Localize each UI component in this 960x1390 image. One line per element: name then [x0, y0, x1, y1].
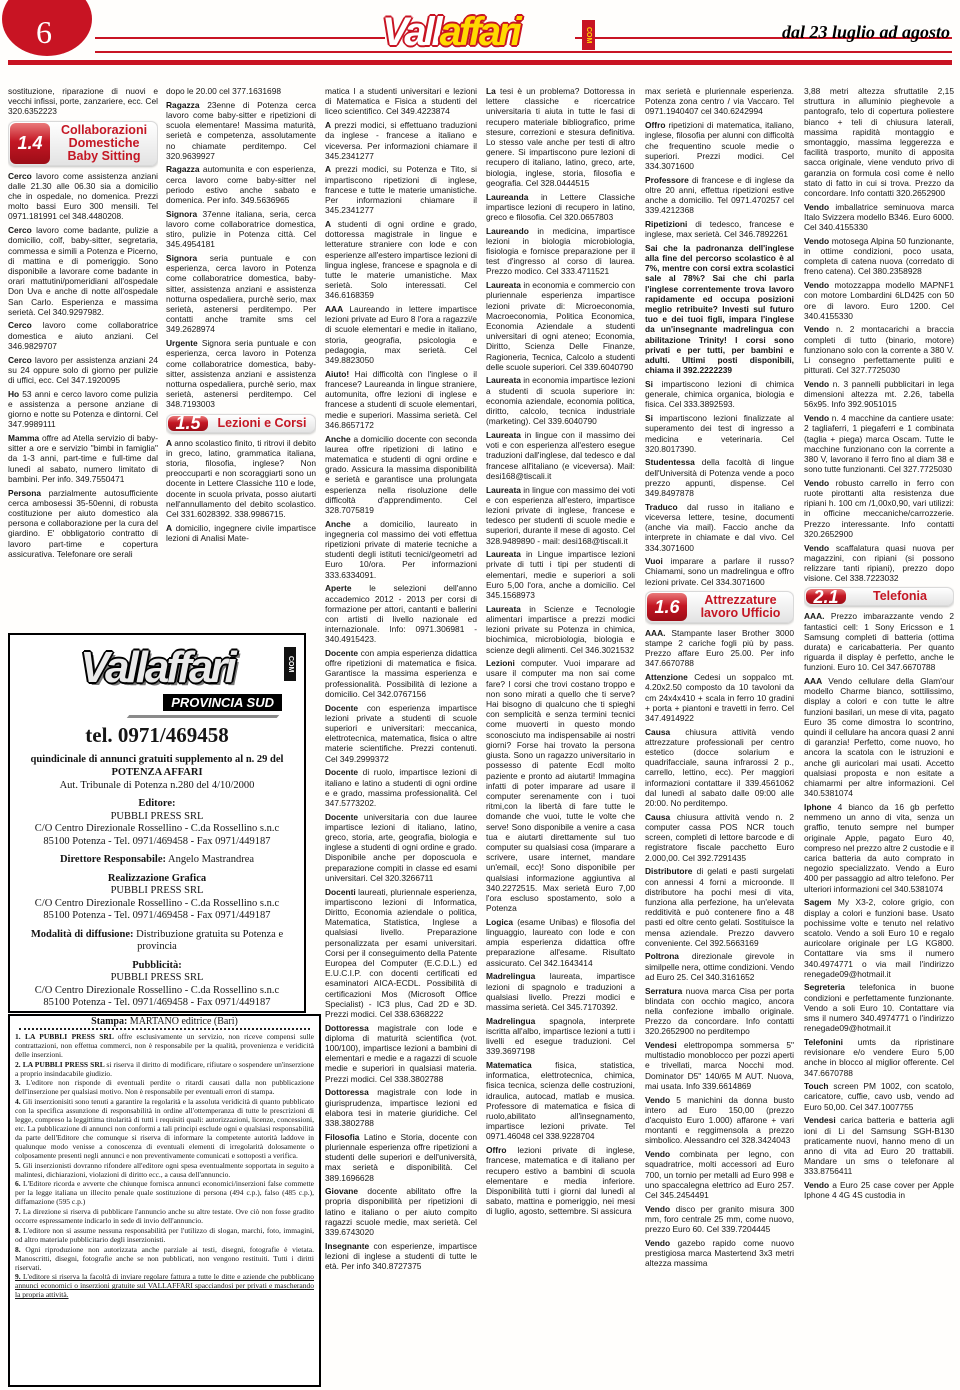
classified-ad: Docenti laureati, pluriennale esperienza…: [325, 887, 477, 1020]
category-banner-1.4: 1.4Collaborazioni Domestiche Baby Sittin…: [8, 121, 158, 166]
classified-ad: A anno scolastico finito, ti ritrovi il …: [166, 438, 316, 520]
masthead-logo: Vallaffari COM PROVINCIA SUD: [16, 639, 298, 711]
classified-ad: Traduco dal russo in italiano e vicevers…: [645, 502, 794, 553]
category-number: 2.1: [806, 589, 846, 604]
legal-note: 8. Ogni riproduzione non autorizzata anc…: [15, 1246, 314, 1273]
classified-ad: Dottoressa magistrale con lode in giuris…: [325, 1087, 477, 1128]
classified-ad: AAA. Prezzo imbarazzante vendo 2 fantast…: [804, 611, 954, 672]
legal-note: 1. LA PUBBLI PRESS SRL offre esclusivame…: [15, 1033, 314, 1060]
stampa-line: Stampa: MARTANO editrice (Bari): [15, 1018, 314, 1027]
classified-ad: Vendo 5 manichini da donna busto intero …: [645, 1095, 794, 1146]
legal-items: 1. LA PUBBLI PRESS SRL offre esclusivame…: [15, 1033, 314, 1300]
classified-ad: Vendo gazebo rapido come nuovo prestigio…: [645, 1238, 794, 1269]
category-banner-1.5: 1.5Lezioni e Corsi: [166, 414, 316, 433]
classified-ad: Si impartiscono lezioni finalizzate al s…: [645, 413, 794, 454]
masthead-subtitle2: POTENZA AFFARI: [10, 767, 304, 780]
page-number: 6: [36, 14, 52, 51]
classified-ad: max serietà e pluriennale esperienza. Po…: [645, 86, 794, 117]
classified-ad: Laureata in economia impartisce lezioni …: [486, 375, 635, 426]
classified-ad: Causa chiusura attività vendo attrezzatu…: [645, 727, 794, 809]
legal-box: Stampa: MARTANO editrice (Bari) 1. LA PU…: [8, 1014, 321, 1387]
category-banner-1.6: 1.6Attrezzature lavoro Ufficio: [645, 591, 794, 623]
classified-ad: AAA Vendo cellulare della Glam'our model…: [804, 676, 954, 798]
classified-ad: Aperte le selezioni dell'anno accademico…: [325, 583, 477, 644]
masthead-phone: tel. 0971/469458: [10, 723, 304, 748]
classified-ad: AAA. Stampante laser Brother 3000 stampe…: [645, 628, 794, 669]
dotted-separator: [19, 1028, 310, 1030]
masthead-subtitle3: Aut. Tribunale di Potenza n.280 del 4/10…: [10, 779, 304, 792]
classified-ad: Laureando in medicina, impartisce lezion…: [486, 226, 635, 277]
classified-ad: Laureata in lingue con massimo dei voti …: [486, 485, 635, 546]
classified-ad: Vendesi carica batteria e batteria agli …: [804, 1115, 954, 1176]
classified-ad: Laureata in economia e commercio con plu…: [486, 280, 635, 372]
legal-note: 2. LA PUBBLI PRESS SRL si riserva il dir…: [15, 1061, 314, 1079]
classified-ad: Mamma offre ad Atella servizio di baby-s…: [8, 433, 158, 484]
classified-ad: Signora 37enne italiana, seria, cerca la…: [166, 209, 316, 250]
newspaper-page: 6 dal 23 luglio ad agosto Vallaffari COM…: [0, 0, 960, 1390]
classified-ad: Cerco lavoro per assistenza anziani 24 s…: [8, 355, 158, 386]
classified-ad: Si impartiscono lezioni di chimica gener…: [645, 379, 794, 410]
classified-ad: Insegnante con esperienze, impartisce le…: [325, 1241, 477, 1272]
classified-ad: Offro lezioni private di inglese, france…: [486, 1145, 635, 1216]
category-banner-2.1: 2.1Telefonia: [804, 587, 954, 606]
classified-ad: Ragazza automunita e con esperienza, cer…: [166, 164, 316, 205]
classified-ad: Distributore di gelati e pasti surgelati…: [645, 866, 794, 948]
classified-ad: Segreteria telefonica in buone condizion…: [804, 982, 954, 1033]
category-number: 1.4: [10, 123, 50, 164]
classified-ad: Vuoi imparare a parlare il russo? Chiama…: [645, 556, 794, 587]
masthead-logo-swoosh: [127, 715, 280, 718]
classified-ad: dopo le 20.00 cel 377.1631698: [166, 86, 316, 96]
classified-ad: Cerco lavoro come assistenza anziani dal…: [8, 171, 158, 222]
logo-part2: affari: [440, 10, 519, 54]
masthead-section: Pubblicità:PUBBLI PRESS SRLC/O Centro Di…: [10, 960, 304, 1010]
classified-ad: Urgente Signora seria puntuale e con esp…: [166, 338, 316, 409]
classified-ad: Vendo robusto carrello in ferro con ruot…: [804, 478, 954, 539]
column-1: sostituzione, riparazione di nuovi e vec…: [8, 86, 158, 630]
category-label: Collaborazioni Domestiche Baby Sitting: [51, 122, 157, 165]
classified-ad: Attenzione Cedesi un soppalco mt. 4.20x2…: [645, 672, 794, 723]
masthead-section: Realizzazione GraficaPUBBLI PRESS SRLC/O…: [10, 873, 304, 923]
classified-ad: Touch screen PM 1002, con scatolo, caric…: [804, 1081, 954, 1112]
logo-part1: Vall: [382, 10, 440, 54]
classified-ad: Ripetizioni di tedesco, francese e ingle…: [645, 219, 794, 239]
classified-ad: Sai che la padronanza dell'inglese alla …: [645, 243, 794, 376]
header-rule-left: [95, 37, 385, 39]
masthead-section: Direttore Responsabile: Angelo Mastrandr…: [10, 854, 304, 867]
classified-ad: Vendo scaffalatura quasi nuova per magaz…: [804, 543, 954, 584]
classified-ad: Studentessa della facoltà di lingue dell…: [645, 457, 794, 498]
category-label: Lezioni e Corsi: [209, 415, 315, 432]
classified-ad: Iphone 4 bianco da 16 gb perfetto nemmen…: [804, 802, 954, 894]
classified-ad: Vendo motosega Alpina 50 funzionante, in…: [804, 236, 954, 277]
classified-ad: A studenti di ogni ordine e grado, dotto…: [325, 219, 477, 301]
vallaffari-logo: Vallaffari COM: [382, 8, 587, 60]
classified-ad: La tesi è un problema? Dottoressa in let…: [486, 86, 635, 188]
classified-ad: Matematica fisica, statistica, informati…: [486, 1060, 635, 1142]
legal-note: 5. Gli inserzionisti dovranno rifondere …: [15, 1162, 314, 1180]
classified-ad: Vendo disco per granito misura 300 mm, f…: [645, 1204, 794, 1235]
masthead-box: Vallaffari COM PROVINCIA SUD tel. 0971/4…: [8, 633, 306, 1013]
legal-note: 3. L'editore non risponde di eventuali p…: [15, 1079, 314, 1097]
logo-com-tab: COM: [582, 20, 595, 50]
classified-ad: Madrelingua spagnola, interprete iscritt…: [486, 1016, 635, 1057]
classified-ad: A prezzi modici, su Potenza e Tito, si i…: [325, 164, 477, 215]
classified-ad: Professore di francese e di inglese da o…: [645, 175, 794, 216]
masthead-section: Editore:PUBBLI PRESS SRLC/O Centro Direz…: [10, 798, 304, 848]
classified-ad: Dottoressa magistrale con lode e diploma…: [325, 1023, 477, 1084]
legal-note: 4. Gli inserzionisiti sono tenuti a gara…: [15, 1098, 314, 1160]
classified-ad: Cerco lavoro come collaboratrice domesti…: [8, 320, 158, 351]
masthead-logo-com: COM: [284, 647, 296, 681]
classified-ad: Cerco lavoro come badante, pulizie a dom…: [8, 225, 158, 317]
column-6: 3,88 metri altezza sfruttatile 2,15 stru…: [804, 86, 954, 1386]
classified-ad: Laureata in lingue con il massimo dei vo…: [486, 430, 635, 481]
legal-note: 9. L'editore si riserva la facoltà di in…: [15, 1273, 314, 1300]
classified-ad: Vendo n. 3 pannelli pubblicitari in lega…: [804, 379, 954, 410]
stampa-value: MARTANO editrice (Bari): [130, 1016, 238, 1027]
classified-ad: AAA Laureando in lettere impartisce lezi…: [325, 304, 477, 365]
classified-ad: Offro ripetizioni di matematica, italian…: [645, 120, 794, 171]
legal-note: 7. La direzione si riserva di pubblicare…: [15, 1208, 314, 1226]
classified-ad: Sagem My X3-2, colore grigio, con displa…: [804, 897, 954, 979]
classified-ad: Poltrona direzionale girevole in similpe…: [645, 951, 794, 982]
classified-ad: Vendo a Euro 25 case cover per Apple Iph…: [804, 1180, 954, 1200]
category-label: Telefonia: [847, 588, 953, 605]
classified-ad: matica I a studenti universitari e lezio…: [325, 86, 477, 117]
classified-ad: A prezzi modici, si effettuano traduzion…: [325, 120, 477, 161]
classified-ad: 3,88 metri altezza sfruttatile 2,15 stru…: [804, 86, 954, 198]
classified-ad: sostituzione, riparazione di nuovi e vec…: [8, 86, 158, 117]
classified-ad: Lezioni computer. Vuoi imparare ad usare…: [486, 658, 635, 913]
classified-ad: Docente con esperienza impartisce lezion…: [325, 703, 477, 764]
classified-ad: Causa chiusura attività vendo n. 2 compu…: [645, 812, 794, 863]
classified-ad: Laureata in Scienze e Tecnologie aliment…: [486, 604, 635, 655]
classified-ad: Docente di ruolo, impartisce lezioni di …: [325, 767, 477, 808]
masthead-subtitle1: quindicinale di annunci gratuiti supplem…: [10, 754, 304, 767]
column-2: dopo le 20.00 cel 377.1631698Ragazza 23e…: [166, 86, 316, 630]
classified-ad: Docente con ampia esperienza didattica o…: [325, 648, 477, 699]
classified-ad: Ragazza 23enne di Potenza cerca lavoro c…: [166, 100, 316, 161]
masthead-section: Modalità di diffusione: Distribuzione gr…: [10, 929, 304, 954]
legal-note: 8. L'editore non si assume nessuna respo…: [15, 1227, 314, 1245]
stampa-label: Stampa:: [91, 1016, 127, 1027]
classified-ad: A domicilio, ingegnere civile impartisce…: [166, 523, 316, 543]
classified-ad: Madrelingua laureata, impartisce lezioni…: [486, 971, 635, 1012]
classified-ad: Ho 53 anni e cerco lavoro come pulizia e…: [8, 389, 158, 430]
classified-ad: Vendo imballatrice seminuova marca Italo…: [804, 202, 954, 233]
classified-ad: Vendo motozzappa modello MAPNF1 con moto…: [804, 280, 954, 321]
masthead-sections: Editore:PUBBLI PRESS SRLC/O Centro Direz…: [10, 798, 304, 1013]
classified-ad: Vendo n. 2 montacarichi a braccia comple…: [804, 324, 954, 375]
classified-ad: Vendesi elettropompa sommersa 5" multist…: [645, 1040, 794, 1091]
classified-ad: Giovane docente abilitato offre la propr…: [325, 1186, 477, 1237]
edition-date: dal 23 luglio ad agosto: [782, 22, 950, 43]
classified-ad: Anche a domicilio docente con seconda la…: [325, 434, 477, 516]
column-3: matica I a studenti universitari e lezio…: [325, 86, 477, 1386]
masthead-logo-text: Vallaffari: [80, 643, 233, 692]
classified-ad: Laureata in Lingue impartisce lezioni pr…: [486, 549, 635, 600]
column-5: max serietà e pluriennale esperienza. Po…: [645, 86, 794, 1386]
classified-ad: Logica (esame Unibas) e filosofia del li…: [486, 917, 635, 968]
legal-note: 6. L'Editore ricorda e avverte che chiun…: [15, 1180, 314, 1207]
classified-ad: Serratura nuova marca Cisa per porta bli…: [645, 986, 794, 1037]
classified-ad: Docente universitaria con due lauree imp…: [325, 812, 477, 883]
classified-ad: Telefonini umts da ripristinare revision…: [804, 1037, 954, 1078]
category-number: 1.5: [168, 416, 208, 431]
category-label: Attrezzature lavoro Ufficio: [688, 592, 793, 622]
category-number: 1.6: [647, 593, 687, 621]
column-4: La tesi è un problema? Dottoressa in let…: [486, 86, 635, 1386]
classified-ad: Persona parzialmente autosufficiente cer…: [8, 488, 158, 559]
classified-ad: Vendo n. 4 macchine da cantiere usate: 2…: [804, 413, 954, 474]
classified-ad: Anche a domicilio, laureato in ingegneri…: [325, 519, 477, 580]
classified-ad: Laureanda in Lettere Classiche impartisc…: [486, 192, 635, 223]
masthead-logo-badge: PROVINCIA SUD: [163, 694, 282, 711]
classified-ad: Signora seria puntuale e con esperienza,…: [166, 253, 316, 335]
classified-ad: Filosofia Latino e Storia, docente con p…: [325, 1132, 477, 1183]
header-thick-rule: [8, 60, 952, 65]
classified-ad: Aiuto! Hai difficoltà con l'inglese o il…: [325, 369, 477, 430]
classified-ad: Vendo combinata per legno, con squadratr…: [645, 1149, 794, 1200]
